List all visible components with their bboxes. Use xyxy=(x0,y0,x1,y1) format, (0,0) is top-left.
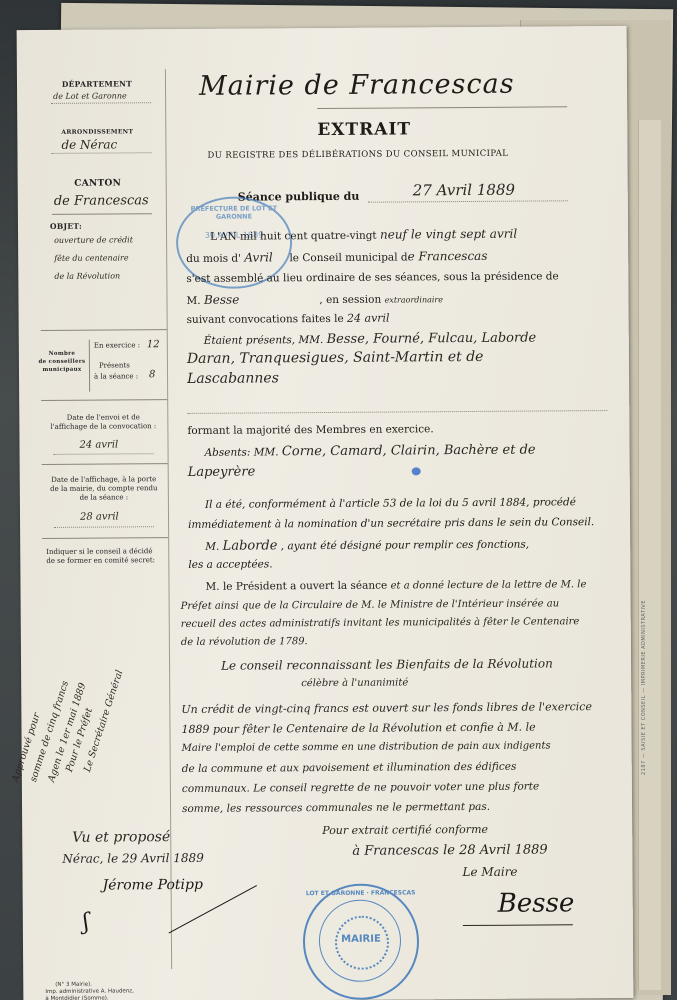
document-page: DÉPARTEMENT de Lot et Garonne ARRONDISSE… xyxy=(17,26,634,1000)
document-title: Mairie de Francescas xyxy=(199,69,515,102)
hand-line-7: 1889 pour fêter le Centenaire de la Révo… xyxy=(181,721,535,736)
divider xyxy=(187,410,607,415)
acceptees-line: les a acceptées. xyxy=(188,558,272,571)
en-exercice-label: En exercice : xyxy=(94,341,140,350)
place-date: à Francescas le 28 Avril 1889 xyxy=(352,842,547,858)
body-line-1: L'AN mil huit cent quatre-vingt neuf le … xyxy=(210,227,517,243)
objet-line-2: fête du centenaire xyxy=(54,253,128,263)
article-line-1: Il a été, conformément à l'article 53 de… xyxy=(205,496,576,511)
secretaire-line: M. Laborde , ayant été désigné pour remp… xyxy=(205,537,529,554)
hand-line-10: communaux. Le conseil regrette de ne pou… xyxy=(182,781,539,795)
body-line-4: M. Besse , en session extraordinaire xyxy=(186,291,443,307)
prefecture-stamp-text: PRÉFECTURE DE LOT ET GARONNE xyxy=(178,204,290,221)
printer-info: (N° 3 Mairie). Imp. administrative A. Ha… xyxy=(45,981,134,1000)
hand-line-4: Le conseil reconnaissant les Bienfaits d… xyxy=(221,656,553,672)
objet-line-1: ouverture de crédit xyxy=(54,235,133,245)
hand-line-9: de la commune et aux pavoisement et illu… xyxy=(182,761,517,775)
convocation-label: Date de l'envoi et de l'affichage de la … xyxy=(47,413,159,432)
divider xyxy=(368,200,568,203)
body-line-5: suivant convocations faites le 24 avril xyxy=(187,312,390,326)
vu-line-2: Nérac, le 29 Avril 1889 xyxy=(62,851,204,866)
title-underline xyxy=(317,106,567,109)
body-line-2: du mois d' Avril le Conseil municipal de… xyxy=(186,249,487,265)
article-line-2: immédiatement à la nomination d'un secré… xyxy=(188,516,594,531)
hand-line-1: Préfet ainsi que de la Circulaire de M. … xyxy=(181,598,560,612)
margin-note: Approuvé pour somme de cinq francs Agen … xyxy=(2,590,112,790)
maire-signature: Besse xyxy=(498,888,575,919)
affichage-label: Date de l'affichage, à la porte de la ma… xyxy=(48,475,160,503)
arrondissement-value: de Nérac xyxy=(61,137,117,151)
body-line-3: s'est assemblé au lieu ordinaire de ses … xyxy=(186,270,558,285)
hand-line-11: somme, les ressources communales ne le p… xyxy=(182,801,490,815)
canton-value: de Francescas xyxy=(54,193,149,209)
ink-blot xyxy=(412,467,421,475)
seance-date: 27 Avril 1889 xyxy=(413,181,515,200)
le-maire: Le Maire xyxy=(462,865,517,879)
majorite-line: formant la majorité des Membres en exerc… xyxy=(187,423,433,437)
objet-line-3: de la Révolution xyxy=(54,271,120,280)
pour-extrait: Pour extrait certifié conforme xyxy=(322,823,488,837)
vu-line-1: Vu et proposé xyxy=(72,829,170,846)
body-line-6: Étaient présents, MM. Besse, Fourné, Ful… xyxy=(204,331,537,348)
departement-value: de Lot et Garonne xyxy=(53,91,127,101)
printer-line-3: à Montdidier (Somme). xyxy=(45,995,134,1000)
mairie-stamp-ring-text: LOT ET GARONNE · FRANCESCAS xyxy=(305,889,417,897)
right-strip xyxy=(638,120,661,990)
comite-label: Indiquer si le conseil a décidé de se fo… xyxy=(46,547,162,566)
en-exercice-value: 12 xyxy=(147,339,160,350)
right-strip-text: 2187 — SAISIE ET CONSEIL — IMPRIMERIE AD… xyxy=(641,600,647,775)
departement-label: DÉPARTEMENT xyxy=(47,79,147,89)
hand-line-2: recueil des actes administratifs invitan… xyxy=(181,616,580,630)
hand-line-5: célèbre à l'unanimité xyxy=(301,677,408,689)
objet-label: OBJET: xyxy=(50,222,90,231)
signature-flourish xyxy=(463,924,573,926)
convocation-value: 24 avril xyxy=(79,439,118,450)
absents-line: Absents: MM. Corne, Camard, Clairin, Bac… xyxy=(205,443,536,460)
laurel-wreath-icon xyxy=(335,916,389,970)
body-line-7: Daran, Tranquesigues, Saint-Martin et de xyxy=(187,349,484,367)
hand-line-8: Maire l'emploi de cette somme en une dis… xyxy=(182,740,551,754)
president-line: M. le Président a ouvert la séance et a … xyxy=(205,578,586,593)
conseillers-label-3: municipaux xyxy=(37,366,87,374)
presents-label-2: à la séance : xyxy=(94,372,138,381)
document-heading: EXTRAIT xyxy=(317,119,411,140)
hand-line-3: de la révolution de 1789. xyxy=(181,636,308,648)
body-line-8: Lascabannes xyxy=(187,370,279,387)
conseillers-label: Nombre de conseillers municipaux xyxy=(37,350,87,374)
document-subheading: DU REGISTRE DES DÉLIBÉRATIONS DU CONSEIL… xyxy=(207,149,508,161)
presents-label-1: Présents xyxy=(99,361,130,370)
presents-value: 8 xyxy=(149,369,155,380)
canton-label: CANTON xyxy=(48,179,148,189)
mairie-stamp: LOT ET GARONNE · FRANCESCAS MAIRIE xyxy=(303,883,420,1000)
sous-prefet-signature: Jérome Potipp xyxy=(103,877,203,894)
affichage-value: 28 avril xyxy=(80,511,119,522)
arrondissement-label: ARRONDISSEMENT xyxy=(47,127,147,137)
hand-line-6: Un crédit de vingt-cinq francs est ouver… xyxy=(181,700,592,716)
absents-line-2: Lapeyrère xyxy=(188,464,256,479)
